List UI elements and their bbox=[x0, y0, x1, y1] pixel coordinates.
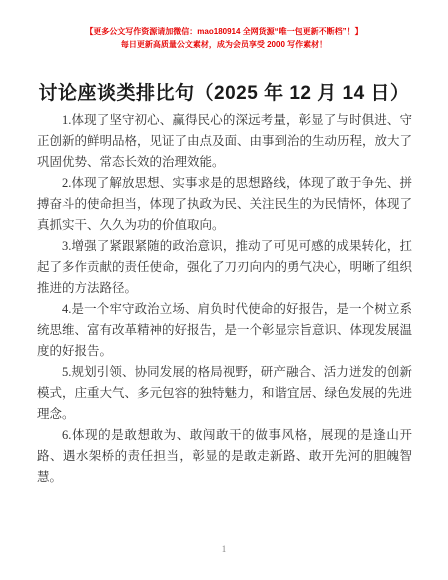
document-body: 1.体现了坚守初心、赢得民心的深远考量，彰显了与时俱进、守正创新的鲜明品格，见证… bbox=[37, 110, 412, 488]
promo-header-line-1: 【更多公文写作资源请加微信：mao180914 全网货源“唯一包更新不断档”！】 bbox=[0, 25, 448, 38]
paragraph-3: 3.增强了紧跟紧随的政治意识，推动了可见可感的成果转化，扛起了多作贡献的责任使命… bbox=[37, 236, 412, 299]
promo-header: 【更多公文写作资源请加微信：mao180914 全网货源“唯一包更新不断档”！】… bbox=[0, 25, 448, 51]
page-number: 1 bbox=[0, 544, 448, 554]
promo-header-line-2: 每日更新高质量公文素材，成为会员享受 2000 写作素材！ bbox=[0, 38, 448, 51]
paragraph-4: 4.是一个牢守政治立场、肩负时代使命的好报告，是一个树立系统思维、富有改革精神的… bbox=[37, 299, 412, 362]
paragraph-1: 1.体现了坚守初心、赢得民心的深远考量，彰显了与时俱进、守正创新的鲜明品格，见证… bbox=[37, 110, 412, 173]
paragraph-6: 6.体现的是敢想敢为、敢闯敢干的做事风格，展现的是逢山开路、遇水架桥的责任担当，… bbox=[37, 425, 412, 488]
paragraph-5: 5.规划引领、协同发展的格局视野，研产融合、活力迸发的创新模式，庄重大气、多元包… bbox=[37, 362, 412, 425]
paragraph-2: 2.体现了解放思想、实事求是的思想路线，体现了敢于争先、拼搏奋斗的使命担当，体现… bbox=[37, 173, 412, 236]
document-title: 讨论座谈类排比句（2025 年 12 月 14 日） bbox=[0, 78, 448, 105]
document-page: 【更多公文写作资源请加微信：mao180914 全网货源“唯一包更新不断档”！】… bbox=[0, 0, 448, 580]
